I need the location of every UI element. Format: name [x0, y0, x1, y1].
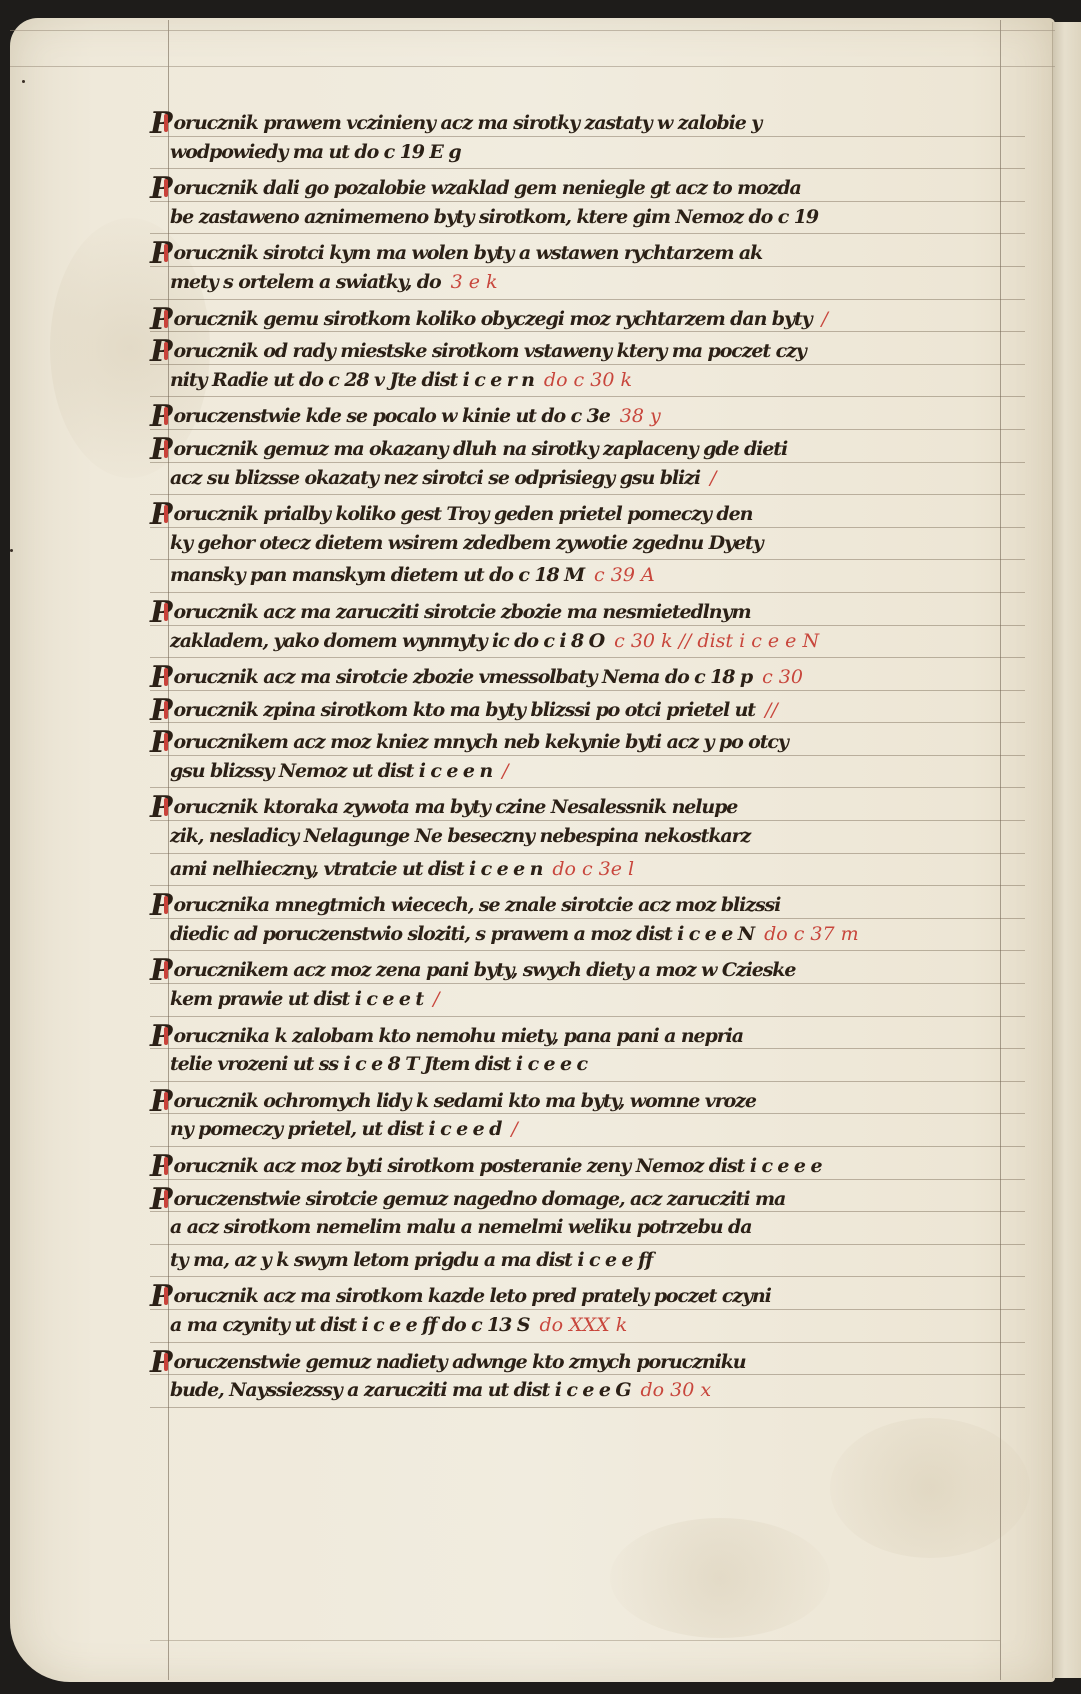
rubricated-initial: P	[150, 1184, 171, 1216]
text-line: zakladem, yako domem wynmyty ic do c i 8…	[150, 626, 1025, 659]
text-line: Poruczenstwie gemuz nadiety adwnge kto z…	[150, 1343, 1025, 1376]
red-annotation: do c 37 m	[764, 923, 859, 945]
manuscript-text: Porucznik prawem vczinieny acz ma sirotk…	[150, 104, 1025, 1408]
line-text: ky gehor otecz dietem wsirem zdedbem zyw…	[170, 532, 763, 554]
rubricated-initial: P	[150, 890, 171, 922]
text-line: Porucznik acz ma sirotkom kazde leto pre…	[150, 1277, 1025, 1310]
red-annotation: do 30 x	[640, 1379, 711, 1401]
line-text: mansky pan manskym dietem ut do c 18 M	[170, 564, 584, 586]
line-text: ami nelhieczny, vtratcie ut dist i c e e…	[170, 858, 542, 880]
line-text: orucznik acz moz byti sirotkom posterani…	[173, 1155, 821, 1177]
rubricated-initial: P	[150, 434, 171, 466]
red-annotation: c 39 A	[594, 564, 655, 586]
text-line: ky gehor otecz dietem wsirem zdedbem zyw…	[150, 528, 1025, 561]
text-line: Porucznik zpina sirotkom kto ma byty bli…	[150, 691, 1025, 724]
rubricated-initial: P	[150, 108, 171, 140]
text-line: Porucznik dali go pozalobie wzaklad gem …	[150, 169, 1025, 202]
facing-page-edge	[1052, 22, 1081, 1678]
line-text: orucznikem acz moz kniez mnych neb kekyn…	[173, 731, 787, 753]
line-text: a ma czynity ut dist i c e e ff do c 13 …	[170, 1314, 529, 1336]
line-text: diedic ad poruczenstwio sloziti, s prawe…	[170, 923, 754, 945]
text-line: Porucznik sirotci kym ma wolen byty a ws…	[150, 234, 1025, 267]
prick-mark	[22, 80, 25, 83]
line-text: orucznik acz ma sirotkom kazde leto pred…	[173, 1285, 770, 1307]
line-text: orucznik acz ma sirotcie zbozie vmessolb…	[173, 666, 752, 688]
top-ruling-2	[10, 66, 1055, 67]
red-annotation: do c 3e l	[552, 858, 634, 880]
line-text: oruczenstwie sirotcie gemuz nagedno doma…	[173, 1188, 785, 1210]
line-text: bude, Nayssiezssy a zarucziti ma ut dist…	[170, 1379, 630, 1401]
rubricated-initial: P	[150, 401, 171, 433]
text-line: nity Radie ut do c 28 v Jte dist i c e r…	[150, 365, 1025, 398]
line-text: a acz sirotkom nemelim malu a nemelmi we…	[170, 1216, 751, 1238]
line-text: orucznik ochromych lidy k sedami kto ma …	[173, 1090, 755, 1112]
rubricated-initial: P	[150, 1151, 171, 1183]
rubricated-initial: P	[150, 304, 171, 336]
line-text: orucznik gemu sirotkom koliko obyczegi m…	[173, 308, 811, 330]
rubricated-initial: P	[150, 238, 171, 270]
rubricated-initial: P	[150, 1086, 171, 1118]
line-text: orucznik gemuz ma okazany dluh na sirotk…	[173, 438, 787, 460]
text-line: Porucznik ktoraka zywota ma byty czine N…	[150, 788, 1025, 821]
line-text: orucznik ktoraka zywota ma byty czine Ne…	[173, 796, 737, 818]
prick-mark	[10, 549, 13, 552]
top-ruling	[10, 30, 1055, 31]
red-annotation: /	[822, 308, 828, 330]
text-line: Porucznikem acz moz kniez mnych neb keky…	[150, 723, 1025, 756]
text-line: wodpowiedy ma ut do c 19 E g	[150, 137, 1025, 170]
red-annotation: /	[710, 467, 716, 489]
parchment-stain	[610, 1518, 830, 1638]
line-text: acz su blizsse okazaty nez sirotci se od…	[170, 467, 700, 489]
text-line: Porucznik gemu sirotkom koliko obyczegi …	[150, 300, 1025, 333]
rubricated-initial: P	[150, 173, 171, 205]
text-line: bude, Nayssiezssy a zarucziti ma ut dist…	[150, 1375, 1025, 1408]
text-line: diedic ad poruczenstwio sloziti, s prawe…	[150, 919, 1025, 952]
text-line: Porucznik gemuz ma okazany dluh na sirot…	[150, 430, 1025, 463]
line-text: orucznik od rady miestske sirotkom vstaw…	[173, 340, 805, 362]
text-line: ty ma, az y k swym letom prigdu a ma dis…	[150, 1245, 1025, 1278]
rubricated-initial: P	[150, 727, 171, 759]
line-text: telie vrozeni ut ss i c e 8 T Jtem dist …	[170, 1053, 587, 1075]
text-line: Porucznik acz ma sirotcie zbozie vmessol…	[150, 658, 1025, 691]
line-text: orucznika k zalobam kto nemohu miety, pa…	[173, 1025, 742, 1047]
red-annotation: /	[433, 988, 439, 1010]
line-text: orucznik acz ma zarucziti sirotcie zbozi…	[173, 601, 750, 623]
text-line: a ma czynity ut dist i c e e ff do c 13 …	[150, 1310, 1025, 1343]
text-line: Porucznika mnegtmich wiecech, se znale s…	[150, 886, 1025, 919]
line-text: wodpowiedy ma ut do c 19 E g	[170, 141, 461, 163]
line-text: zakladem, yako domem wynmyty ic do c i 8…	[170, 630, 604, 652]
red-annotation: do c 30 k	[544, 369, 632, 391]
line-text: orucznik dali go pozalobie wzaklad gem n…	[173, 177, 800, 199]
red-annotation: 3 e k	[451, 271, 498, 293]
rubricated-initial: P	[150, 1281, 171, 1313]
red-annotation: //	[765, 699, 778, 721]
rubricated-initial: P	[150, 955, 171, 987]
line-text: zik, nesladicy Nelagunge Ne beseczny neb…	[170, 825, 750, 847]
rubricated-initial: P	[150, 1021, 171, 1053]
line-text: ny pomeczy prietel, ut dist i c e e d	[170, 1118, 501, 1140]
text-line: Porucznikem acz moz zena pani byty, swyc…	[150, 951, 1025, 984]
rubricated-initial: P	[150, 662, 171, 694]
text-line: mety s ortelem a swiatky, do3 e k	[150, 267, 1025, 300]
line-text: kem prawie ut dist i c e e t	[170, 988, 423, 1010]
text-line: kem prawie ut dist i c e e t/	[150, 984, 1025, 1017]
line-text: orucznikem acz moz zena pani byty, swych…	[173, 959, 795, 981]
text-line: zik, nesladicy Nelagunge Ne beseczny neb…	[150, 821, 1025, 854]
text-line: Porucznika k zalobam kto nemohu miety, p…	[150, 1017, 1025, 1050]
line-text: orucznik prialby koliko gest Troy geden …	[173, 503, 752, 525]
rubricated-initial: P	[150, 499, 171, 531]
text-line: Porucznik prialby koliko gest Troy geden…	[150, 495, 1025, 528]
text-line: Porucznik acz ma zarucziti sirotcie zboz…	[150, 593, 1025, 626]
text-line: gsu blizssy Nemoz ut dist i c e e n/	[150, 756, 1025, 789]
line-text: orucznika mnegtmich wiecech, se znale si…	[173, 894, 780, 916]
line-text: gsu blizssy Nemoz ut dist i c e e n	[170, 760, 492, 782]
text-line: acz su blizsse okazaty nez sirotci se od…	[150, 463, 1025, 496]
text-line: ami nelhieczny, vtratcie ut dist i c e e…	[150, 854, 1025, 887]
red-annotation: c 30	[762, 666, 803, 688]
text-line: Porucznik prawem vczinieny acz ma sirotk…	[150, 104, 1025, 137]
text-line: telie vrozeni ut ss i c e 8 T Jtem dist …	[150, 1049, 1025, 1082]
text-line: mansky pan manskym dietem ut do c 18 Mc …	[150, 560, 1025, 593]
line-text: orucznik sirotci kym ma wolen byty a wst…	[173, 242, 762, 264]
text-line: ny pomeczy prietel, ut dist i c e e d/	[150, 1114, 1025, 1147]
rubricated-initial: P	[150, 336, 171, 368]
red-annotation: c 30 k // dist i c e e N	[614, 630, 819, 652]
text-line: Poruczenstwie kde se pocalo w kinie ut d…	[150, 397, 1025, 430]
rubricated-initial: P	[150, 792, 171, 824]
text-line: a acz sirotkom nemelim malu a nemelmi we…	[150, 1212, 1025, 1245]
red-annotation: /	[511, 1118, 517, 1140]
rubricated-initial: P	[150, 597, 171, 629]
line-text: oruczenstwie kde se pocalo w kinie ut do…	[173, 405, 609, 427]
line-text: be zastaweno aznimemeno byty sirotkom, k…	[170, 206, 818, 228]
line-text: orucznik zpina sirotkom kto ma byty bliz…	[173, 699, 755, 721]
red-annotation: do XXX k	[539, 1314, 627, 1336]
text-line: Porucznik ochromych lidy k sedami kto ma…	[150, 1082, 1025, 1115]
line-text: ty ma, az y k swym letom prigdu a ma dis…	[170, 1249, 652, 1271]
rubricated-initial: P	[150, 1347, 171, 1379]
line-text: nity Radie ut do c 28 v Jte dist i c e r…	[170, 369, 534, 391]
red-annotation: 38 y	[620, 405, 661, 427]
text-line: be zastaweno aznimemeno byty sirotkom, k…	[150, 202, 1025, 235]
line-text: mety s ortelem a swiatky, do	[170, 271, 441, 293]
text-line: Porucznik acz moz byti sirotkom posteran…	[150, 1147, 1025, 1180]
rubricated-initial: P	[150, 695, 171, 727]
text-line: Porucznik od rady miestske sirotkom vsta…	[150, 332, 1025, 365]
line-text: orucznik prawem vczinieny acz ma sirotky…	[173, 112, 761, 134]
red-annotation: /	[502, 760, 508, 782]
bottom-ruling	[150, 1640, 1000, 1641]
line-text: oruczenstwie gemuz nadiety adwnge kto zm…	[173, 1351, 745, 1373]
text-line: Poruczenstwie sirotcie gemuz nagedno dom…	[150, 1180, 1025, 1213]
